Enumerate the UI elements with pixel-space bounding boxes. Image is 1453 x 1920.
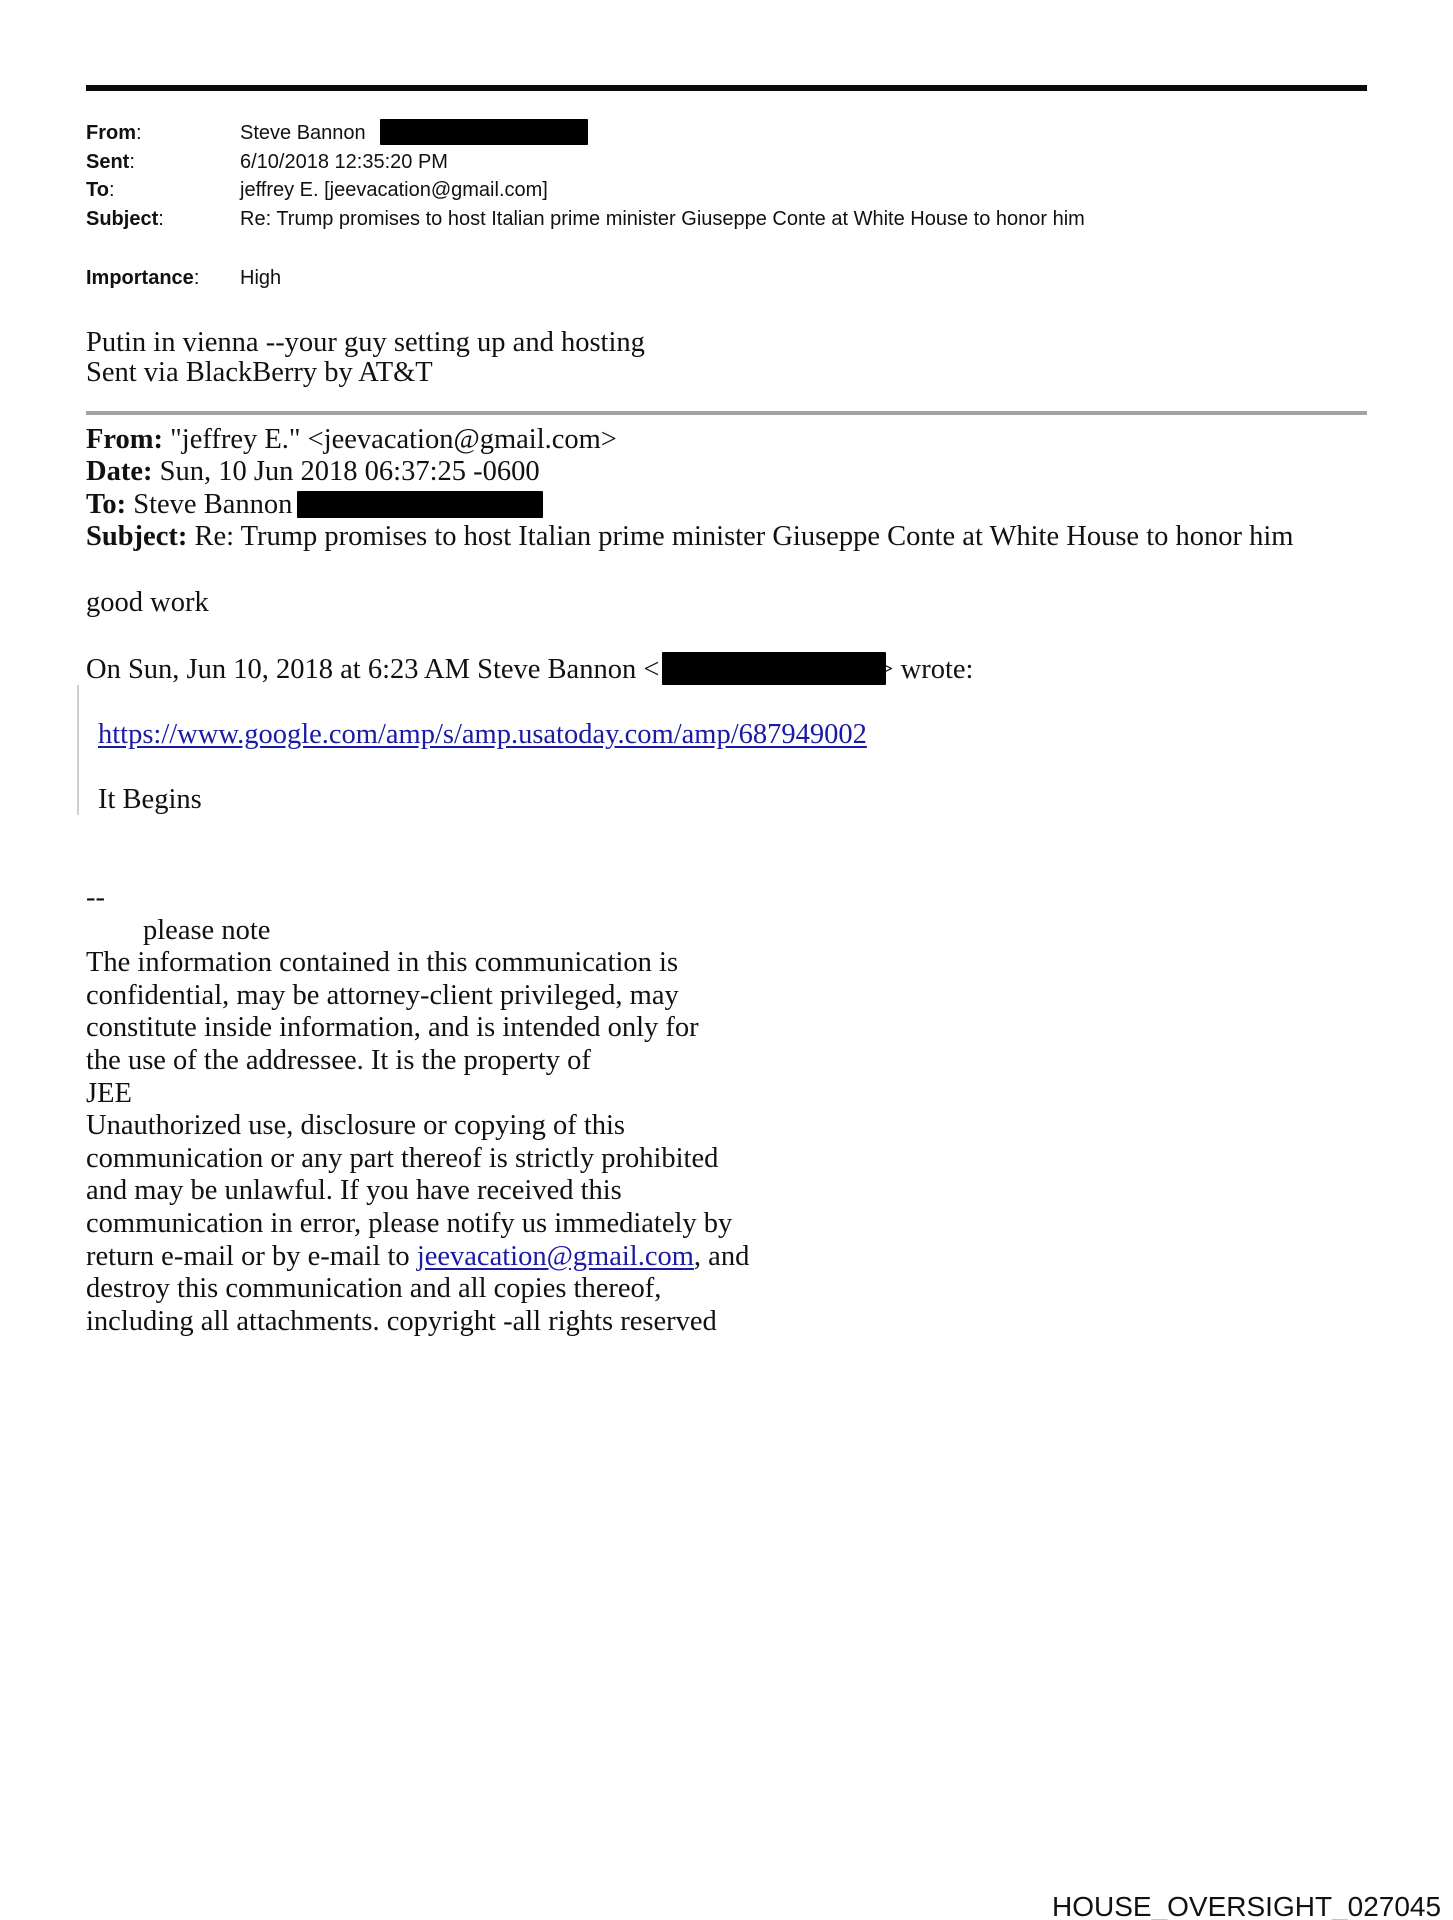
disclaimer-line: constitute inside information, and is in… — [86, 1012, 749, 1045]
disclaimer-email-link[interactable]: jeevacation@gmail.com — [417, 1241, 694, 1272]
header-subject-label: Subject: — [86, 207, 164, 231]
fwd-from-value: "jeffrey E." <jeevacation@gmail.com> — [170, 424, 617, 455]
header-to-value: jeffrey E. [jeevacation@gmail.com] — [240, 178, 548, 202]
redaction-box — [380, 119, 588, 145]
disclaimer-line: The information contained in this commun… — [86, 947, 749, 980]
header-from-value: Steve Bannon — [240, 121, 366, 145]
signature-separator: -- — [86, 882, 749, 915]
disclaimer-email-suffix: , and — [694, 1241, 749, 1272]
disclaimer-email-prefix: return e-mail or by e-mail to — [86, 1241, 417, 1272]
disclaimer-email-line: return e-mail or by e-mail to jeevacatio… — [86, 1241, 749, 1274]
header-sent-value: 6/10/2018 12:35:20 PM — [240, 150, 448, 174]
header-importance-value: High — [240, 266, 281, 290]
fwd-from-row: From: "jeffrey E." <jeevacation@gmail.co… — [86, 424, 617, 456]
top-divider — [86, 85, 1367, 91]
quote-intro-suffix: > wrote: — [877, 654, 973, 685]
header-subject-value: Re: Trump promises to host Italian prime… — [240, 207, 1085, 231]
fwd-from-label: From: — [86, 424, 163, 455]
disclaimer-line: the use of the addressee. It is the prop… — [86, 1045, 749, 1078]
fwd-to-label: To: — [86, 489, 126, 520]
quoted-text: It Begins — [98, 784, 202, 816]
fwd-date-value: Sun, 10 Jun 2018 06:37:25 -0600 — [160, 456, 540, 487]
quote-bar — [77, 685, 79, 815]
header-to-label: To: — [86, 178, 115, 202]
signature-note: please note — [86, 915, 749, 948]
disclaimer-line: confidential, may be attorney-client pri… — [86, 980, 749, 1013]
disclaimer-line: Unauthorized use, disclosure or copying … — [86, 1110, 749, 1143]
disclaimer-line: JEE — [86, 1078, 749, 1111]
redaction-box — [662, 652, 886, 685]
disclaimer-line: and may be unlawful. If you have receive… — [86, 1175, 749, 1208]
header-sent-label: Sent: — [86, 150, 135, 174]
disclaimer-line: including all attachments. copyright -al… — [86, 1306, 749, 1339]
fwd-body: good work — [86, 587, 209, 619]
redaction-box — [297, 491, 543, 518]
header-from-label: From: — [86, 121, 142, 145]
header-importance-label: Importance: — [86, 266, 199, 290]
disclaimer-line: communication or any part thereof is str… — [86, 1143, 749, 1176]
quoted-link[interactable]: https://www.google.com/amp/s/amp.usatoda… — [98, 719, 867, 750]
signature-disclaimer: -- please note The information contained… — [86, 882, 749, 1338]
message-divider — [86, 411, 1367, 415]
body-line: Putin in vienna --your guy setting up an… — [86, 327, 645, 359]
disclaimer-line: destroy this communication and all copie… — [86, 1273, 749, 1306]
quoted-link-row: https://www.google.com/amp/s/amp.usatoda… — [98, 719, 867, 751]
fwd-subject-value: Re: Trump promises to host Italian prime… — [194, 521, 1293, 552]
body-signature-line: Sent via BlackBerry by AT&T — [86, 357, 433, 389]
fwd-date-label: Date: — [86, 456, 152, 487]
fwd-date-row: Date: Sun, 10 Jun 2018 06:37:25 -0600 — [86, 456, 540, 488]
disclaimer-line: communication in error, please notify us… — [86, 1208, 749, 1241]
fwd-subject-row: Subject: Re: Trump promises to host Ital… — [86, 521, 1293, 553]
fwd-subject-label: Subject: — [86, 521, 187, 552]
bates-number: HOUSE_OVERSIGHT_027045 — [1052, 1891, 1441, 1920]
quote-intro-prefix: On Sun, Jun 10, 2018 at 6:23 AM Steve Ba… — [86, 654, 659, 685]
fwd-to-row: To: Steve Bannon — [86, 489, 292, 521]
fwd-to-value: Steve Bannon — [133, 489, 292, 520]
